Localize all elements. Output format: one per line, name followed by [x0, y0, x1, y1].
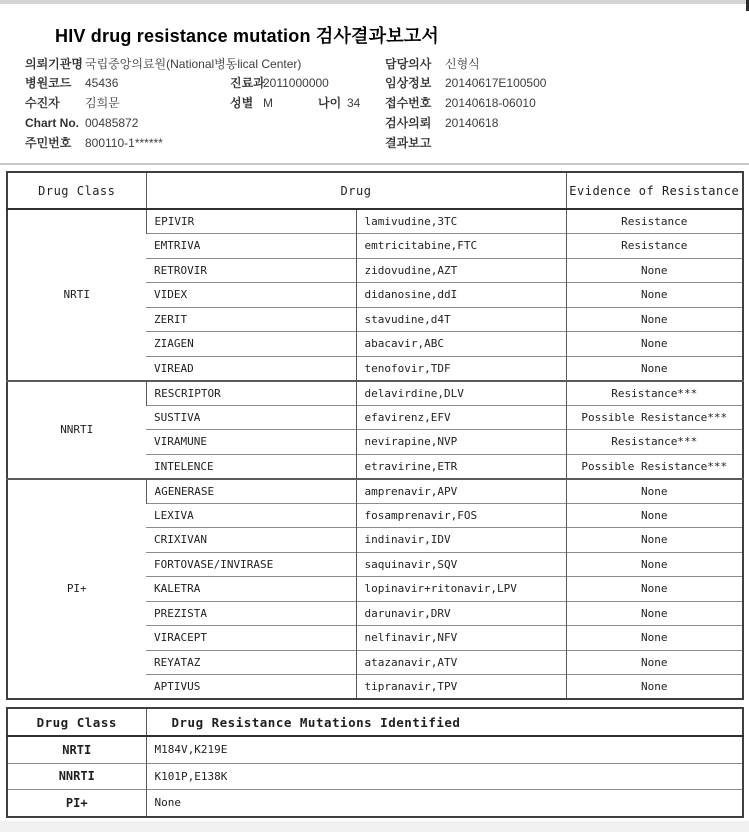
doctor-value: 신형식 [445, 57, 480, 72]
generic-cell: fosamprenavir,FOS [356, 503, 566, 528]
evidence-cell: None [566, 577, 743, 602]
table-row: NRTI EPIVIR lamivudine,3TC Resistance [7, 209, 743, 234]
rrn-label: 주민번호 [25, 136, 71, 151]
evidence-cell: Resistance*** [566, 381, 743, 406]
evidence-cell: None [566, 503, 743, 528]
generic-cell: darunavir,DRV [356, 601, 566, 626]
org-label: 의뢰기관명 [25, 57, 83, 72]
table-row: PI+ None [7, 790, 743, 817]
table-row: NNRTI K101P,E138K [7, 763, 743, 790]
resistance-table-header-row: Drug Class Drug Evidence of Resistance [7, 172, 743, 209]
dept-value: 2011000000 [263, 76, 329, 91]
test-request-value: 20140618 [445, 116, 498, 131]
brand-cell: ZIAGEN [146, 332, 356, 357]
table-row: PI+ AGENERASE amprenavir,APV None [7, 479, 743, 504]
brand-cell: APTIVUS [146, 675, 356, 700]
patient-name-label: 수진자 [25, 96, 60, 111]
mutations-cell: None [146, 790, 743, 817]
generic-cell: abacavir,ABC [356, 332, 566, 357]
drug-class-cell: NNRTI [7, 381, 146, 479]
evidence-cell: Resistance*** [566, 430, 743, 455]
mutations-cell: M184V,K219E [146, 736, 743, 763]
generic-cell: didanosine,ddI [356, 283, 566, 308]
evidence-cell: None [566, 258, 743, 283]
generic-cell: zidovudine,AZT [356, 258, 566, 283]
generic-cell: lamivudine,3TC [356, 209, 566, 234]
section-divider [0, 163, 749, 165]
clinical-info-value: 20140617E100500 [445, 76, 546, 91]
evidence-cell: None [566, 552, 743, 577]
brand-cell: VIRAMUNE [146, 430, 356, 455]
receipt-no-value: 20140618-06010 [445, 96, 536, 111]
top-window-edge [0, 0, 749, 4]
evidence-cell: Resistance [566, 234, 743, 259]
drug-class-cell: NRTI [7, 736, 146, 763]
brand-cell: REYATAZ [146, 650, 356, 675]
patient-name-value: 김희문 [85, 96, 120, 111]
generic-cell: stavudine,d4T [356, 307, 566, 332]
evidence-cell: None [566, 283, 743, 308]
evidence-cell: None [566, 356, 743, 381]
generic-cell: lopinavir+ritonavir,LPV [356, 577, 566, 602]
mutations-table: Drug Class Drug Resistance Mutations Ide… [6, 707, 744, 818]
drug-class-cell: NNRTI [7, 763, 146, 790]
evidence-cell: None [566, 307, 743, 332]
brand-cell: LEXIVA [146, 503, 356, 528]
resistance-table: Drug Class Drug Evidence of Resistance N… [6, 171, 744, 700]
brand-cell: RESCRIPTOR [146, 381, 356, 406]
brand-cell: EPIVIR [146, 209, 356, 234]
col-header-evidence: Evidence of Resistance [566, 172, 743, 209]
evidence-cell: None [566, 675, 743, 700]
brand-cell: EMTRIVA [146, 234, 356, 259]
brand-cell: INTELENCE [146, 454, 356, 479]
sex-label: 성별 [230, 96, 253, 111]
brand-cell: VIREAD [146, 356, 356, 381]
hospital-code-value: 45436 [85, 76, 118, 91]
evidence-cell: None [566, 601, 743, 626]
brand-cell: AGENERASE [146, 479, 356, 504]
evidence-cell: Resistance [566, 209, 743, 234]
generic-cell: nevirapine,NVP [356, 430, 566, 455]
brand-cell: VIDEX [146, 283, 356, 308]
dept-label: 진료과 [230, 76, 265, 91]
generic-cell: efavirenz,EFV [356, 405, 566, 430]
mutations-table-header-row: Drug Class Drug Resistance Mutations Ide… [7, 708, 743, 736]
drug-class-cell: NRTI [7, 209, 146, 381]
chart-no-label: Chart No. [25, 116, 79, 131]
brand-cell: RETROVIR [146, 258, 356, 283]
drug-class-cell: PI+ [7, 790, 146, 817]
col-header-mutations: Drug Resistance Mutations Identified [146, 708, 743, 736]
org-value: 국립중앙의료원(National병동lical Center) [85, 57, 301, 72]
generic-cell: atazanavir,ATV [356, 650, 566, 675]
brand-cell: PREZISTA [146, 601, 356, 626]
generic-cell: amprenavir,APV [356, 479, 566, 504]
rrn-value: 800110-1****** [85, 136, 163, 151]
col-header-drug-class: Drug Class [7, 172, 146, 209]
age-label: 나이 [318, 96, 341, 111]
mutations-cell: K101P,E138K [146, 763, 743, 790]
patient-info-section: 의뢰기관명 국립중앙의료원(National병동lical Center) 담당… [0, 57, 749, 157]
doctor-label: 담당의사 [385, 57, 431, 72]
brand-cell: SUSTIVA [146, 405, 356, 430]
col-header-drug-class: Drug Class [7, 708, 146, 736]
test-request-label: 검사의뢰 [385, 116, 431, 131]
brand-cell: VIRACEPT [146, 626, 356, 651]
table-row: NRTI M184V,K219E [7, 736, 743, 763]
evidence-cell: Possible Resistance*** [566, 454, 743, 479]
generic-cell: emtricitabine,FTC [356, 234, 566, 259]
receipt-no-label: 접수번호 [385, 96, 431, 111]
evidence-cell: None [566, 332, 743, 357]
clinical-info-label: 임상정보 [385, 76, 431, 91]
chart-no-value: 00485872 [85, 116, 138, 131]
brand-cell: CRIXIVAN [146, 528, 356, 553]
result-report-label: 결과보고 [385, 136, 431, 151]
report-title: HIV drug resistance mutation 검사결과보고서 [55, 22, 439, 48]
evidence-cell: Possible Resistance*** [566, 405, 743, 430]
generic-cell: tipranavir,TPV [356, 675, 566, 700]
generic-cell: saquinavir,SQV [356, 552, 566, 577]
generic-cell: nelfinavir,NFV [356, 626, 566, 651]
hospital-code-label: 병원코드 [25, 76, 71, 91]
age-value: 34 [347, 96, 360, 111]
col-header-drug: Drug [146, 172, 566, 209]
table-row: NNRTI RESCRIPTOR delavirdine,DLV Resista… [7, 381, 743, 406]
evidence-cell: None [566, 650, 743, 675]
generic-cell: tenofovir,TDF [356, 356, 566, 381]
evidence-cell: None [566, 528, 743, 553]
footer-band [0, 821, 749, 832]
generic-cell: etravirine,ETR [356, 454, 566, 479]
evidence-cell: None [566, 626, 743, 651]
brand-cell: KALETRA [146, 577, 356, 602]
drug-class-cell: PI+ [7, 479, 146, 700]
generic-cell: indinavir,IDV [356, 528, 566, 553]
brand-cell: ZERIT [146, 307, 356, 332]
evidence-cell: None [566, 479, 743, 504]
brand-cell: FORTOVASE/INVIRASE [146, 552, 356, 577]
generic-cell: delavirdine,DLV [356, 381, 566, 406]
sex-value: M [263, 96, 273, 111]
